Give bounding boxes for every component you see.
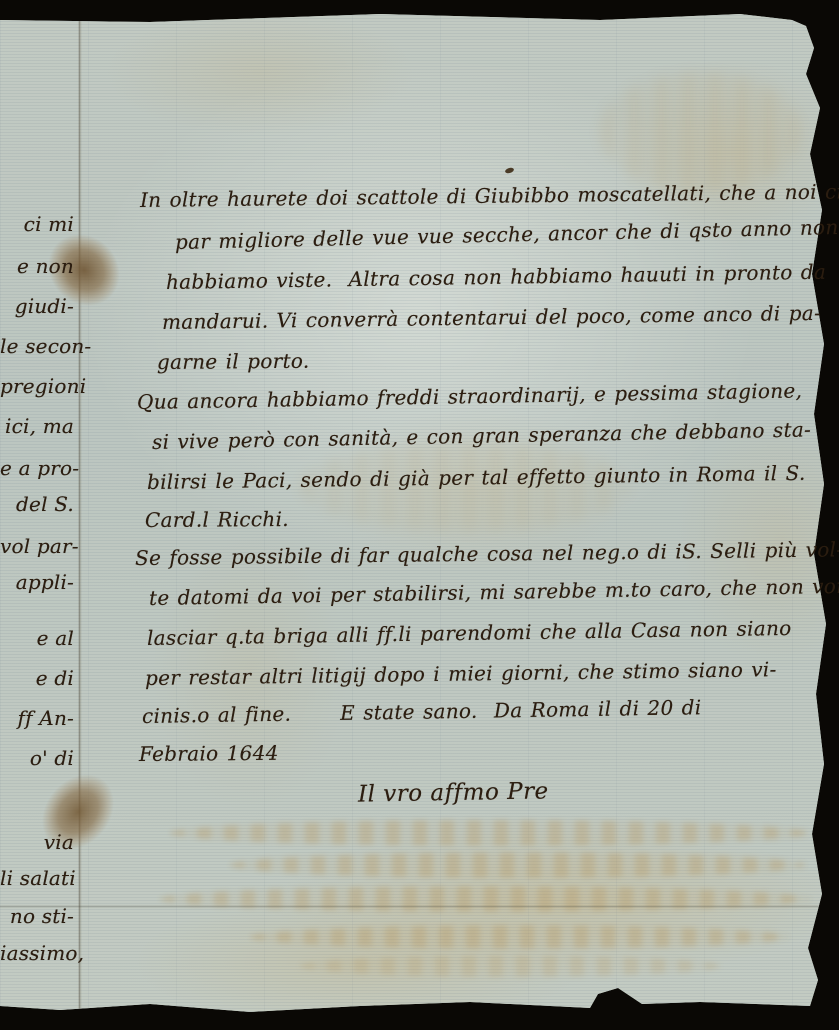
margin-fragment: ici, ma: [0, 414, 74, 438]
letter-page: [0, 12, 830, 1018]
margin-fragment: del S.: [0, 492, 74, 516]
scan-background: ci mi e non giudi- le secon- pregioni ic…: [0, 0, 839, 1030]
bleed-through-smudge: [300, 955, 720, 977]
margin-fragment: e al: [0, 626, 74, 650]
margin-fragment: le secon-: [0, 334, 74, 358]
bleed-through-smudge: [250, 925, 790, 949]
ink-speck: [504, 167, 514, 175]
margin-fragment: e a pro-: [0, 456, 74, 480]
margin-fragment: iassimo,: [0, 941, 74, 965]
bleed-through-smudge: [160, 886, 810, 912]
margin-fragment: pregioni: [0, 374, 74, 398]
margin-fragment: ff An-: [0, 706, 74, 730]
margin-fragment: appli-: [0, 570, 74, 594]
margin-fragment: ci mi: [0, 212, 74, 236]
fold-crease-horizontal: [0, 905, 830, 908]
margin-fragment: vol par-: [0, 534, 74, 558]
margin-fragment: e non: [0, 254, 74, 278]
letter-line: garne il porto.: [157, 349, 310, 374]
bleed-through-smudge: [170, 820, 810, 846]
margin-fragment: o' di: [0, 746, 74, 770]
margin-fragment: no sti-: [0, 904, 74, 928]
margin-fragment: giudi-: [0, 294, 74, 318]
margin-fragment: e di: [0, 666, 74, 690]
fold-crease-vertical: [78, 12, 82, 1018]
signature-line: Il vro affmo Pre: [358, 778, 549, 807]
letter-line: Febraio 1644: [139, 741, 279, 766]
bleed-through-smudge: [600, 72, 800, 192]
letter-line: Card.l Ricchi.: [145, 507, 289, 532]
margin-fragment: via: [0, 830, 74, 854]
margin-fragment: li salati: [0, 866, 74, 890]
bleed-through-smudge: [230, 852, 805, 878]
